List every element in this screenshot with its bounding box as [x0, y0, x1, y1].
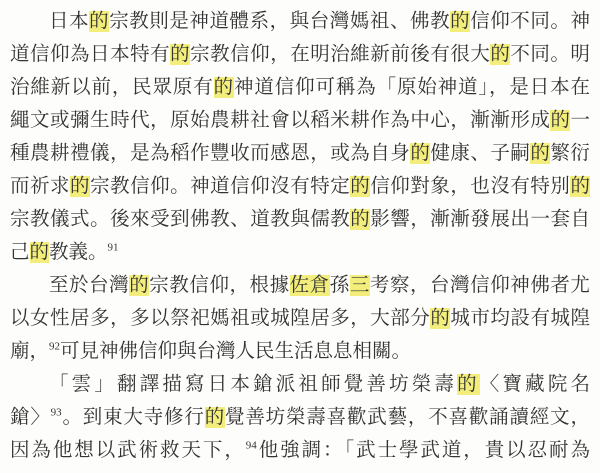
search-highlight: 的	[530, 143, 550, 164]
text-line: 治維新以前，民眾原有的神道信仰可稱為「原始神道」，是日本在	[10, 71, 590, 104]
text-line: 而祈求的宗教信仰。神道信仰沒有特定的信仰對象，也沒有特別的	[10, 170, 590, 203]
text-run: 日本	[49, 11, 89, 32]
text-line: 種農耕禮儀，是為稻作豐收而感恩，或為自身的健康、子嗣的繁衍	[10, 137, 590, 170]
footnote-ref: 93	[51, 407, 62, 419]
text-run: 一	[570, 110, 590, 131]
footnote-ref: 92	[49, 341, 60, 353]
search-highlight: 三	[350, 275, 370, 296]
search-highlight: 的	[205, 407, 225, 428]
search-highlight: 佐倉	[290, 275, 330, 296]
text-run: 城市均設有城隍	[450, 308, 590, 329]
text-run: 健康、子嗣	[430, 143, 530, 164]
text-run: 鎗〉	[10, 407, 51, 428]
text-line: 宗教儀式。後來受到佛教、道教與儒教的影響，漸漸發展出一套自	[10, 203, 590, 236]
text-line: 以女性居多，多以祭祀媽祖或城隍居多，大部分的城市均設有城隍	[10, 302, 590, 335]
text-run: 宗教信仰。神道信仰沒有特定	[90, 176, 350, 197]
text-run: 宗教信仰，在明治維新前後有很大	[190, 44, 490, 65]
text-run: 宗教信仰，根據	[149, 275, 289, 296]
text-line: 廟，92可見神佛信仰與台灣人民生活息息相關。	[10, 335, 590, 368]
paragraph-text: 日本的宗教則是神道體系，與台灣媽祖、佛教的信仰不同。神道信仰為日本特有的宗教信仰…	[10, 5, 590, 467]
text-run: 繁衍	[550, 143, 590, 164]
text-line: 道信仰為日本特有的宗教信仰，在明治維新前後有很大的不同。明	[10, 38, 590, 71]
search-highlight: 的	[214, 77, 234, 98]
text-run: 種農耕禮儀，是為稻作豐收而感恩，或為自身	[10, 143, 410, 164]
text-line: 日本的宗教則是神道體系，與台灣媽祖、佛教的信仰不同。神	[10, 5, 590, 38]
search-highlight: 的	[450, 11, 470, 32]
footnote-ref: 94	[246, 440, 257, 452]
text-run: 他強調：「武士學武道，貴以忍耐為	[257, 440, 590, 461]
text-run: 不同。明	[510, 44, 590, 65]
text-run: 〈寶藏院名	[480, 374, 590, 395]
text-run: 宗教則是神道體系，與台灣媽祖、佛教	[109, 11, 450, 32]
text-run: 至於台灣	[49, 275, 129, 296]
text-run: 因為他想以武術救天下，	[10, 440, 246, 461]
text-run: 宗教儀式。後來受到佛教、道教與儒教	[10, 209, 350, 230]
search-highlight: 的	[350, 176, 370, 197]
text-run: 神道信仰可稱為「原始神道」，是日本在	[234, 77, 590, 98]
text-run: 廟，	[10, 341, 49, 362]
scanned-text-page: 日本的宗教則是神道體系，與台灣媽祖、佛教的信仰不同。神道信仰為日本特有的宗教信仰…	[0, 0, 600, 473]
text-line: 繩文或彌生時代，原始農耕社會以稻米耕作為中心，漸漸形成的一	[10, 104, 590, 137]
text-run: 覺善坊榮壽喜歡武藝，不喜歡誦讀經文，	[225, 407, 590, 428]
text-run: 繩文或彌生時代，原始農耕社會以稻米耕作為中心，漸漸形成	[10, 110, 550, 131]
text-line: 己的教義。91	[10, 236, 590, 269]
search-highlight: 的	[430, 308, 450, 329]
text-run: 考察，台灣信仰神佛者尤	[370, 275, 590, 296]
search-highlight: 的	[30, 242, 50, 263]
text-run: 影響，漸漸發展出一套自	[370, 209, 590, 230]
search-highlight: 的	[70, 176, 90, 197]
search-highlight: 的	[89, 11, 109, 32]
search-highlight: 的	[570, 176, 590, 197]
search-highlight: 的	[550, 110, 570, 131]
text-run: 治維新以前，民眾原有	[10, 77, 214, 98]
text-line: 「雲」翻譯描寫日本鎗派祖師覺善坊榮壽的〈寶藏院名	[10, 368, 590, 401]
search-highlight: 的	[490, 44, 510, 65]
text-run: 信仰對象，也沒有特別	[370, 176, 570, 197]
text-run: 「雲」翻譯描寫日本鎗派祖師覺善坊榮壽	[49, 374, 457, 395]
text-run: 己	[10, 242, 30, 263]
search-highlight: 的	[350, 209, 370, 230]
text-run: 教義。	[49, 242, 108, 263]
search-highlight: 的	[129, 275, 149, 296]
text-run: 可見神佛信仰與台灣人民生活息息相關。	[60, 341, 411, 362]
text-line: 鎗〉93。到東大寺修行的覺善坊榮壽喜歡武藝，不喜歡誦讀經文，	[10, 401, 590, 434]
search-highlight: 的	[410, 143, 430, 164]
search-highlight: 的	[170, 44, 190, 65]
text-run: 信仰不同。神	[470, 11, 590, 32]
text-run: 孫	[330, 275, 350, 296]
text-run: 。到東大寺修行	[62, 407, 205, 428]
text-run: 而祈求	[10, 176, 70, 197]
footnote-ref: 91	[108, 242, 119, 254]
text-run: 以女性居多，多以祭祀媽祖或城隍居多，大部分	[10, 308, 430, 329]
text-line: 因為他想以武術救天下，94他強調：「武士學武道，貴以忍耐為	[10, 434, 590, 467]
text-run: 道信仰為日本特有	[10, 44, 170, 65]
search-highlight: 的	[457, 374, 480, 395]
text-line: 至於台灣的宗教信仰，根據佐倉孫三考察，台灣信仰神佛者尤	[10, 269, 590, 302]
